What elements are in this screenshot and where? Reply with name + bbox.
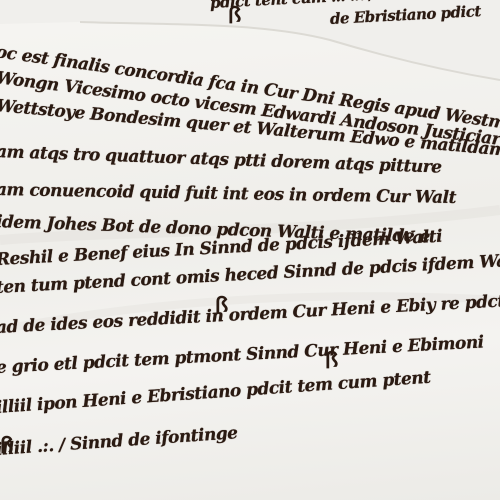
manuscript-page: pdict tent cum ... .:. / de Ebristiano p… [0, 0, 500, 500]
flourish-mark-2: ꟗ [215, 290, 228, 320]
text-line-11: illiil ipon Heni e Ebristiano pdcit tem … [0, 368, 431, 418]
flap-line-2: de Ebristiano pdict [330, 2, 482, 28]
text-line-9: ad de ides eos reddidit in ordem Cur Hen… [0, 288, 500, 337]
flourish-mark-4: ꟗ [0, 430, 13, 460]
flourish-mark-3: ꟗ [325, 345, 338, 375]
text-line-5: am conuencoid quid fuit int eos in ordem… [0, 180, 456, 208]
text-line-12: illiil .:. / Sinnd de ifontinge [0, 423, 238, 460]
flourish-mark-1: ꟗ [228, 0, 241, 30]
